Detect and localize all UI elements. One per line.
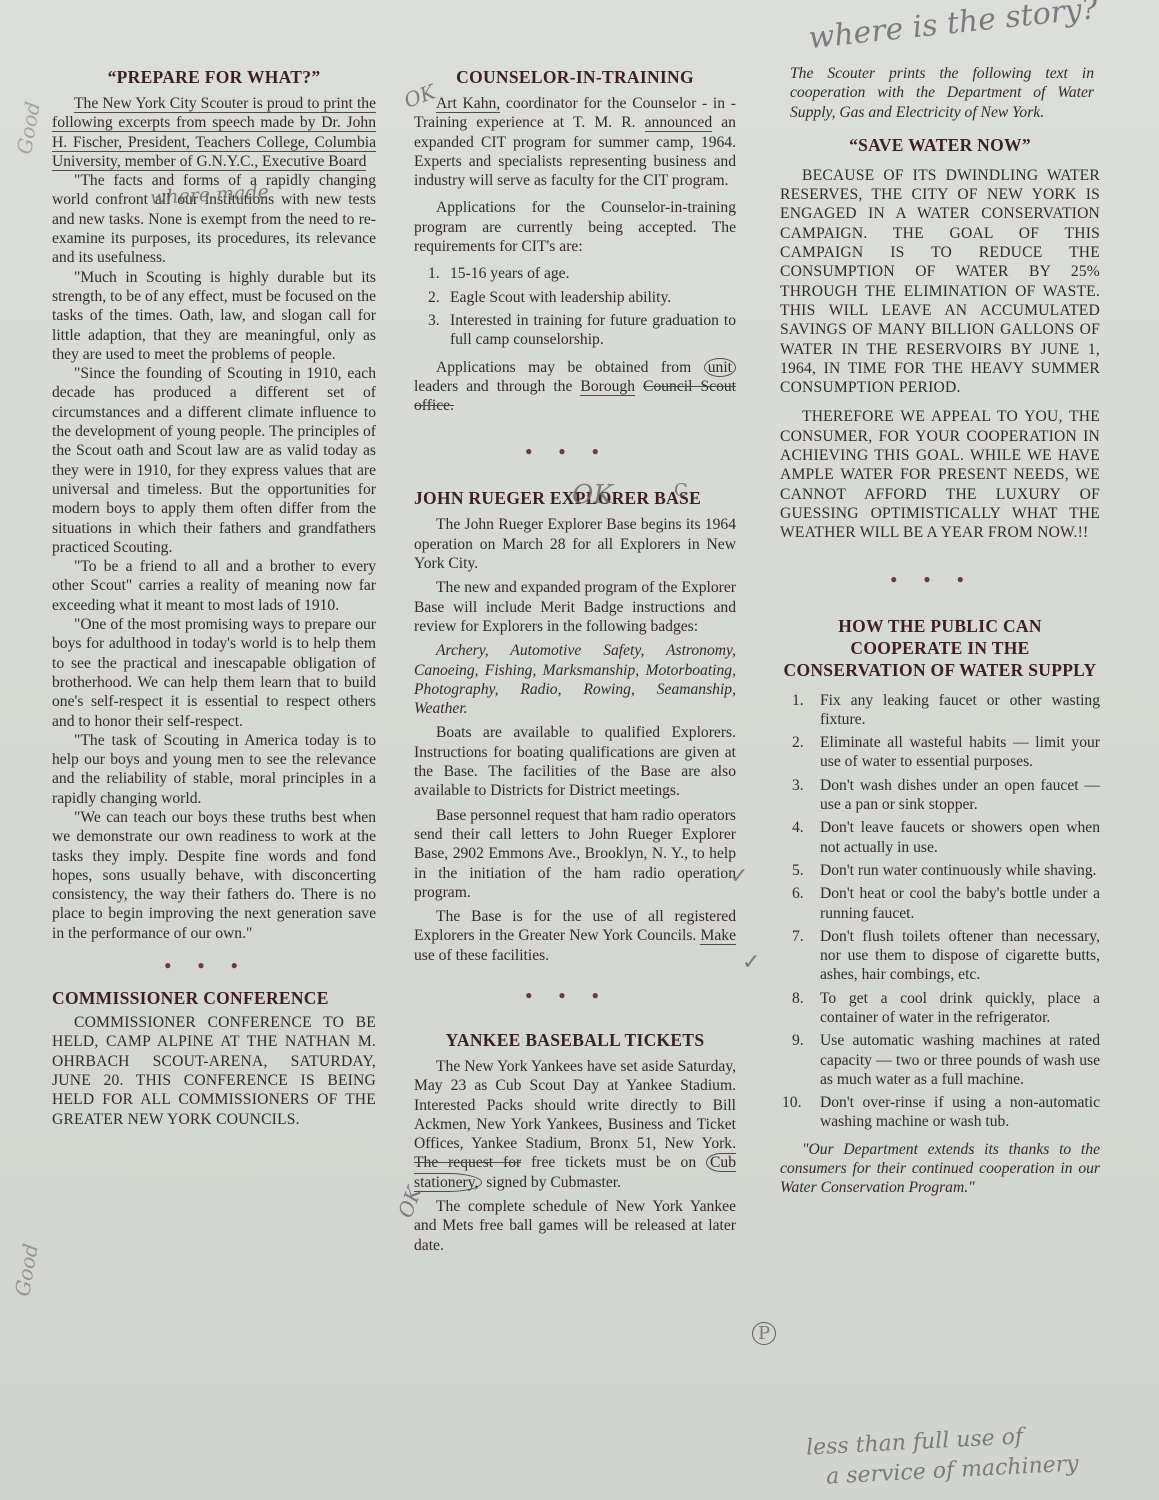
handwritten-mark-good: Good — [12, 100, 45, 156]
prepare-paragraph: "To be a friend to all and a brother to … — [52, 557, 376, 615]
section-divider-dots: ●●● — [414, 985, 736, 1005]
prepare-paragraph: "We can teach our boys these truths best… — [52, 808, 376, 943]
newsletter-page: “PREPARE FOR WHAT?” The New York City Sc… — [0, 0, 1159, 1500]
rueger-paragraph: Base personnel request that ham radio op… — [414, 806, 736, 902]
column-right: The Scouter prints the following text in… — [780, 0, 1100, 1198]
list-item: 4.Don't leave faucets or showers open wh… — [780, 818, 1100, 857]
scouter-intro: The Scouter prints the following text in… — [780, 64, 1100, 122]
cit-requirements-list: 1.15-16 years of age. 2.Eagle Scout with… — [414, 264, 736, 349]
prepare-intro: The New York City Scouter is proud to pr… — [52, 94, 376, 171]
save-water-now-heading: “SAVE WATER NOW” — [780, 134, 1100, 156]
yankee-paragraph-2: The complete schedule of New York Yankee… — [414, 1197, 736, 1255]
list-item: 8.To get a cool drink quickly, place a c… — [780, 989, 1100, 1028]
list-item: 3.Interested in training for future grad… — [414, 311, 736, 350]
save-water-paragraph-2: THEREFORE WE APPEAL TO YOU, THE CONSUMER… — [780, 407, 1100, 542]
section-divider-dots: ●●● — [52, 955, 376, 975]
handwritten-check-mark: ✓ — [730, 864, 748, 889]
prepare-paragraph: "The task of Scouting in America today i… — [52, 731, 376, 808]
handwritten-mark-c: C — [674, 480, 688, 501]
cit-paragraph-3: Applications may be obtained from unit l… — [414, 358, 736, 416]
list-item: 1.15-16 years of age. — [414, 264, 736, 283]
section-divider-dots: ●●● — [780, 569, 1100, 589]
section-divider-dots: ●●● — [414, 441, 736, 461]
prepare-paragraphs: "The facts and forms of a rapidly changi… — [52, 171, 376, 943]
list-item: 5.Don't run water continuously while sha… — [780, 861, 1100, 880]
prepare-paragraph: "One of the most promising ways to prepa… — [52, 615, 376, 731]
list-item: 7.Don't flush toilets oftener than neces… — [780, 927, 1100, 985]
how-the-public-can-cooperate-heading: HOW THE PUBLIC CAN COOPERATE IN THE CONS… — [780, 615, 1100, 681]
handwritten-mark-p: P — [752, 1322, 776, 1345]
list-item: 1.Fix any leaking faucet or other wastin… — [780, 691, 1100, 730]
cit-paragraph-1: Art Kahn, coordinator for the Counselor … — [414, 94, 736, 190]
commissioner-conference-heading: COMMISSIONER CONFERENCE — [52, 987, 376, 1009]
list-item: 3.Don't wash dishes under an open faucet… — [780, 776, 1100, 815]
handwritten-mark-ok: OK — [572, 480, 613, 510]
rueger-paragraph: The Base is for the use of all registere… — [414, 907, 736, 965]
yankee-baseball-tickets-heading: YANKEE BASEBALL TICKETS — [414, 1029, 736, 1051]
list-item: 10.Don't over-rinse if using a non-autom… — [780, 1093, 1100, 1132]
counselor-in-training-heading: COUNSELOR-IN-TRAINING — [414, 66, 736, 88]
prepare-paragraph: "Much in Scouting is highly durable but … — [52, 268, 376, 364]
rueger-paragraph: The new and expanded program of the Expl… — [414, 578, 736, 636]
handwritten-mark-good: Good — [10, 1242, 43, 1298]
water-conservation-tips-list: 1.Fix any leaking faucet or other wastin… — [780, 691, 1100, 1132]
list-item: 2.Eliminate all wasteful habits — limit … — [780, 733, 1100, 772]
save-water-paragraph-1: BECAUSE OF ITS DWINDLING WATER RESERVES,… — [780, 166, 1100, 398]
handwritten-check-mark: ✓ — [742, 950, 760, 975]
list-item: 2.Eagle Scout with leadership ability. — [414, 288, 736, 307]
merit-badges-list: Archery, Automotive Safety, Astronomy, C… — [414, 641, 736, 718]
yankee-paragraph-1: The New York Yankees have set aside Satu… — [414, 1057, 736, 1192]
prepare-for-what-heading: “PREPARE FOR WHAT?” — [52, 66, 376, 88]
department-closing-note: "Our Department extends its thanks to th… — [780, 1140, 1100, 1198]
commissioner-conference-body: COMMISSIONER CONFERENCE TO BE HELD, CAMP… — [52, 1013, 376, 1129]
rueger-paragraph: The John Rueger Explorer Base begins its… — [414, 515, 736, 573]
list-item: 6.Don't heat or cool the baby's bottle u… — [780, 884, 1100, 923]
cit-paragraph-2: Applications for the Counselor-in-traini… — [414, 198, 736, 256]
column-middle: COUNSELOR-IN-TRAINING Art Kahn, coordina… — [414, 0, 736, 1255]
prepare-paragraph: "Since the founding of Scouting in 1910,… — [52, 364, 376, 557]
list-item: 9.Use automatic washing machines at rate… — [780, 1031, 1100, 1089]
column-left: “PREPARE FOR WHAT?” The New York City Sc… — [52, 0, 376, 1129]
rueger-paragraph: Boats are available to qualified Explore… — [414, 723, 736, 800]
